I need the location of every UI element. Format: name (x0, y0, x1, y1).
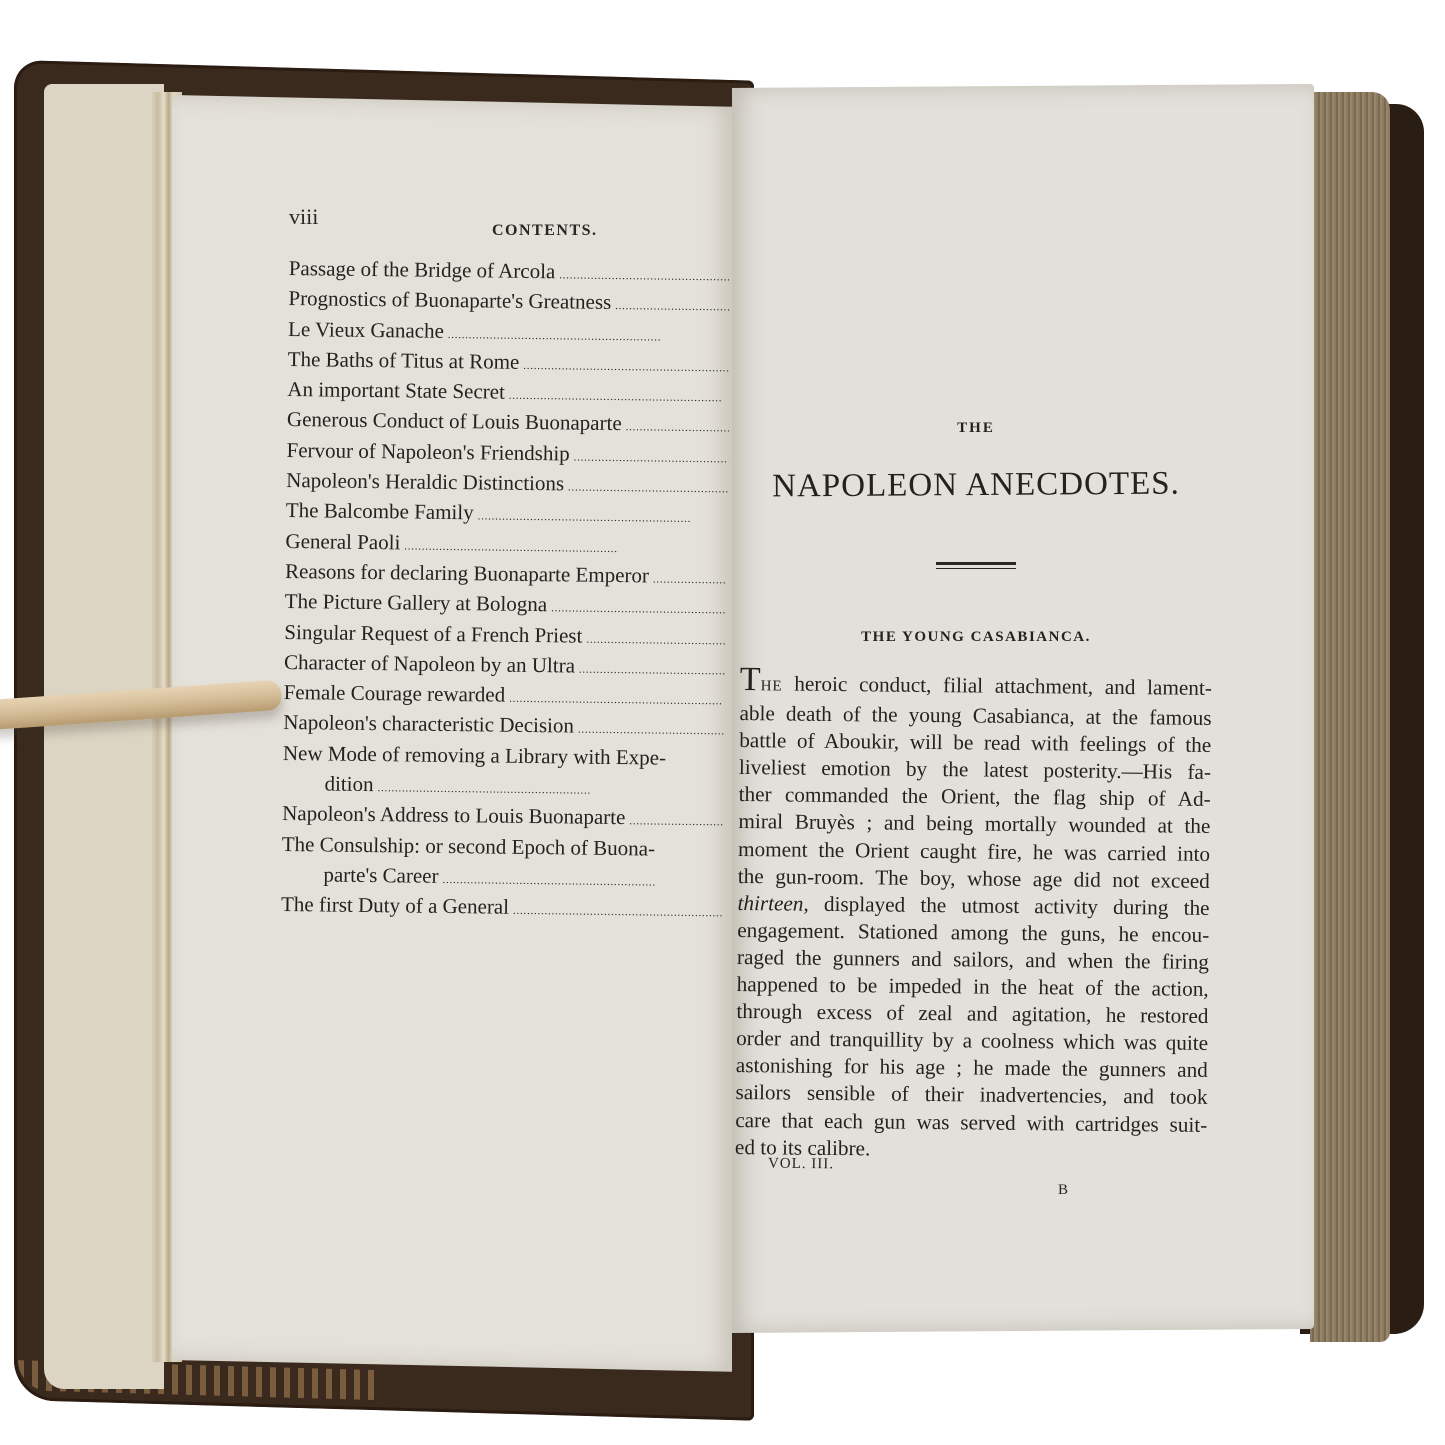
title-article: THE (740, 420, 1212, 437)
endpaper-left (44, 84, 164, 1389)
signature-mark: B (1058, 1182, 1068, 1199)
body-line: sailors sensible of their inadvertencies… (735, 1079, 1207, 1111)
table-of-contents: Passage of the Bridge of Arcola Prognost… (281, 255, 731, 927)
toc-entry: The first Duty of a General (281, 891, 723, 927)
contents-heading: CONTENTS. (492, 222, 598, 240)
book-title: NAPOLEON ANECDOTES. (740, 465, 1212, 505)
story-title: THE YOUNG CASABIANCA. (740, 629, 1212, 646)
chapter-opening: THE NAPOLEON ANECDOTES. THE YOUNG CASABI… (740, 420, 1212, 1161)
body-line: miral Bruyès ; and being mortally wounde… (738, 808, 1210, 840)
story-body: THE heroic conduct, filial attachment, a… (735, 670, 1212, 1166)
body-line: THE heroic conduct, filial attachment, a… (740, 670, 1212, 705)
page-block-edge (1310, 92, 1390, 1342)
title-rule-ornament (936, 562, 1016, 569)
page-number: viii (289, 204, 318, 230)
drop-cap: T (740, 661, 761, 698)
volume-marker: VOL. III. (768, 1156, 834, 1174)
